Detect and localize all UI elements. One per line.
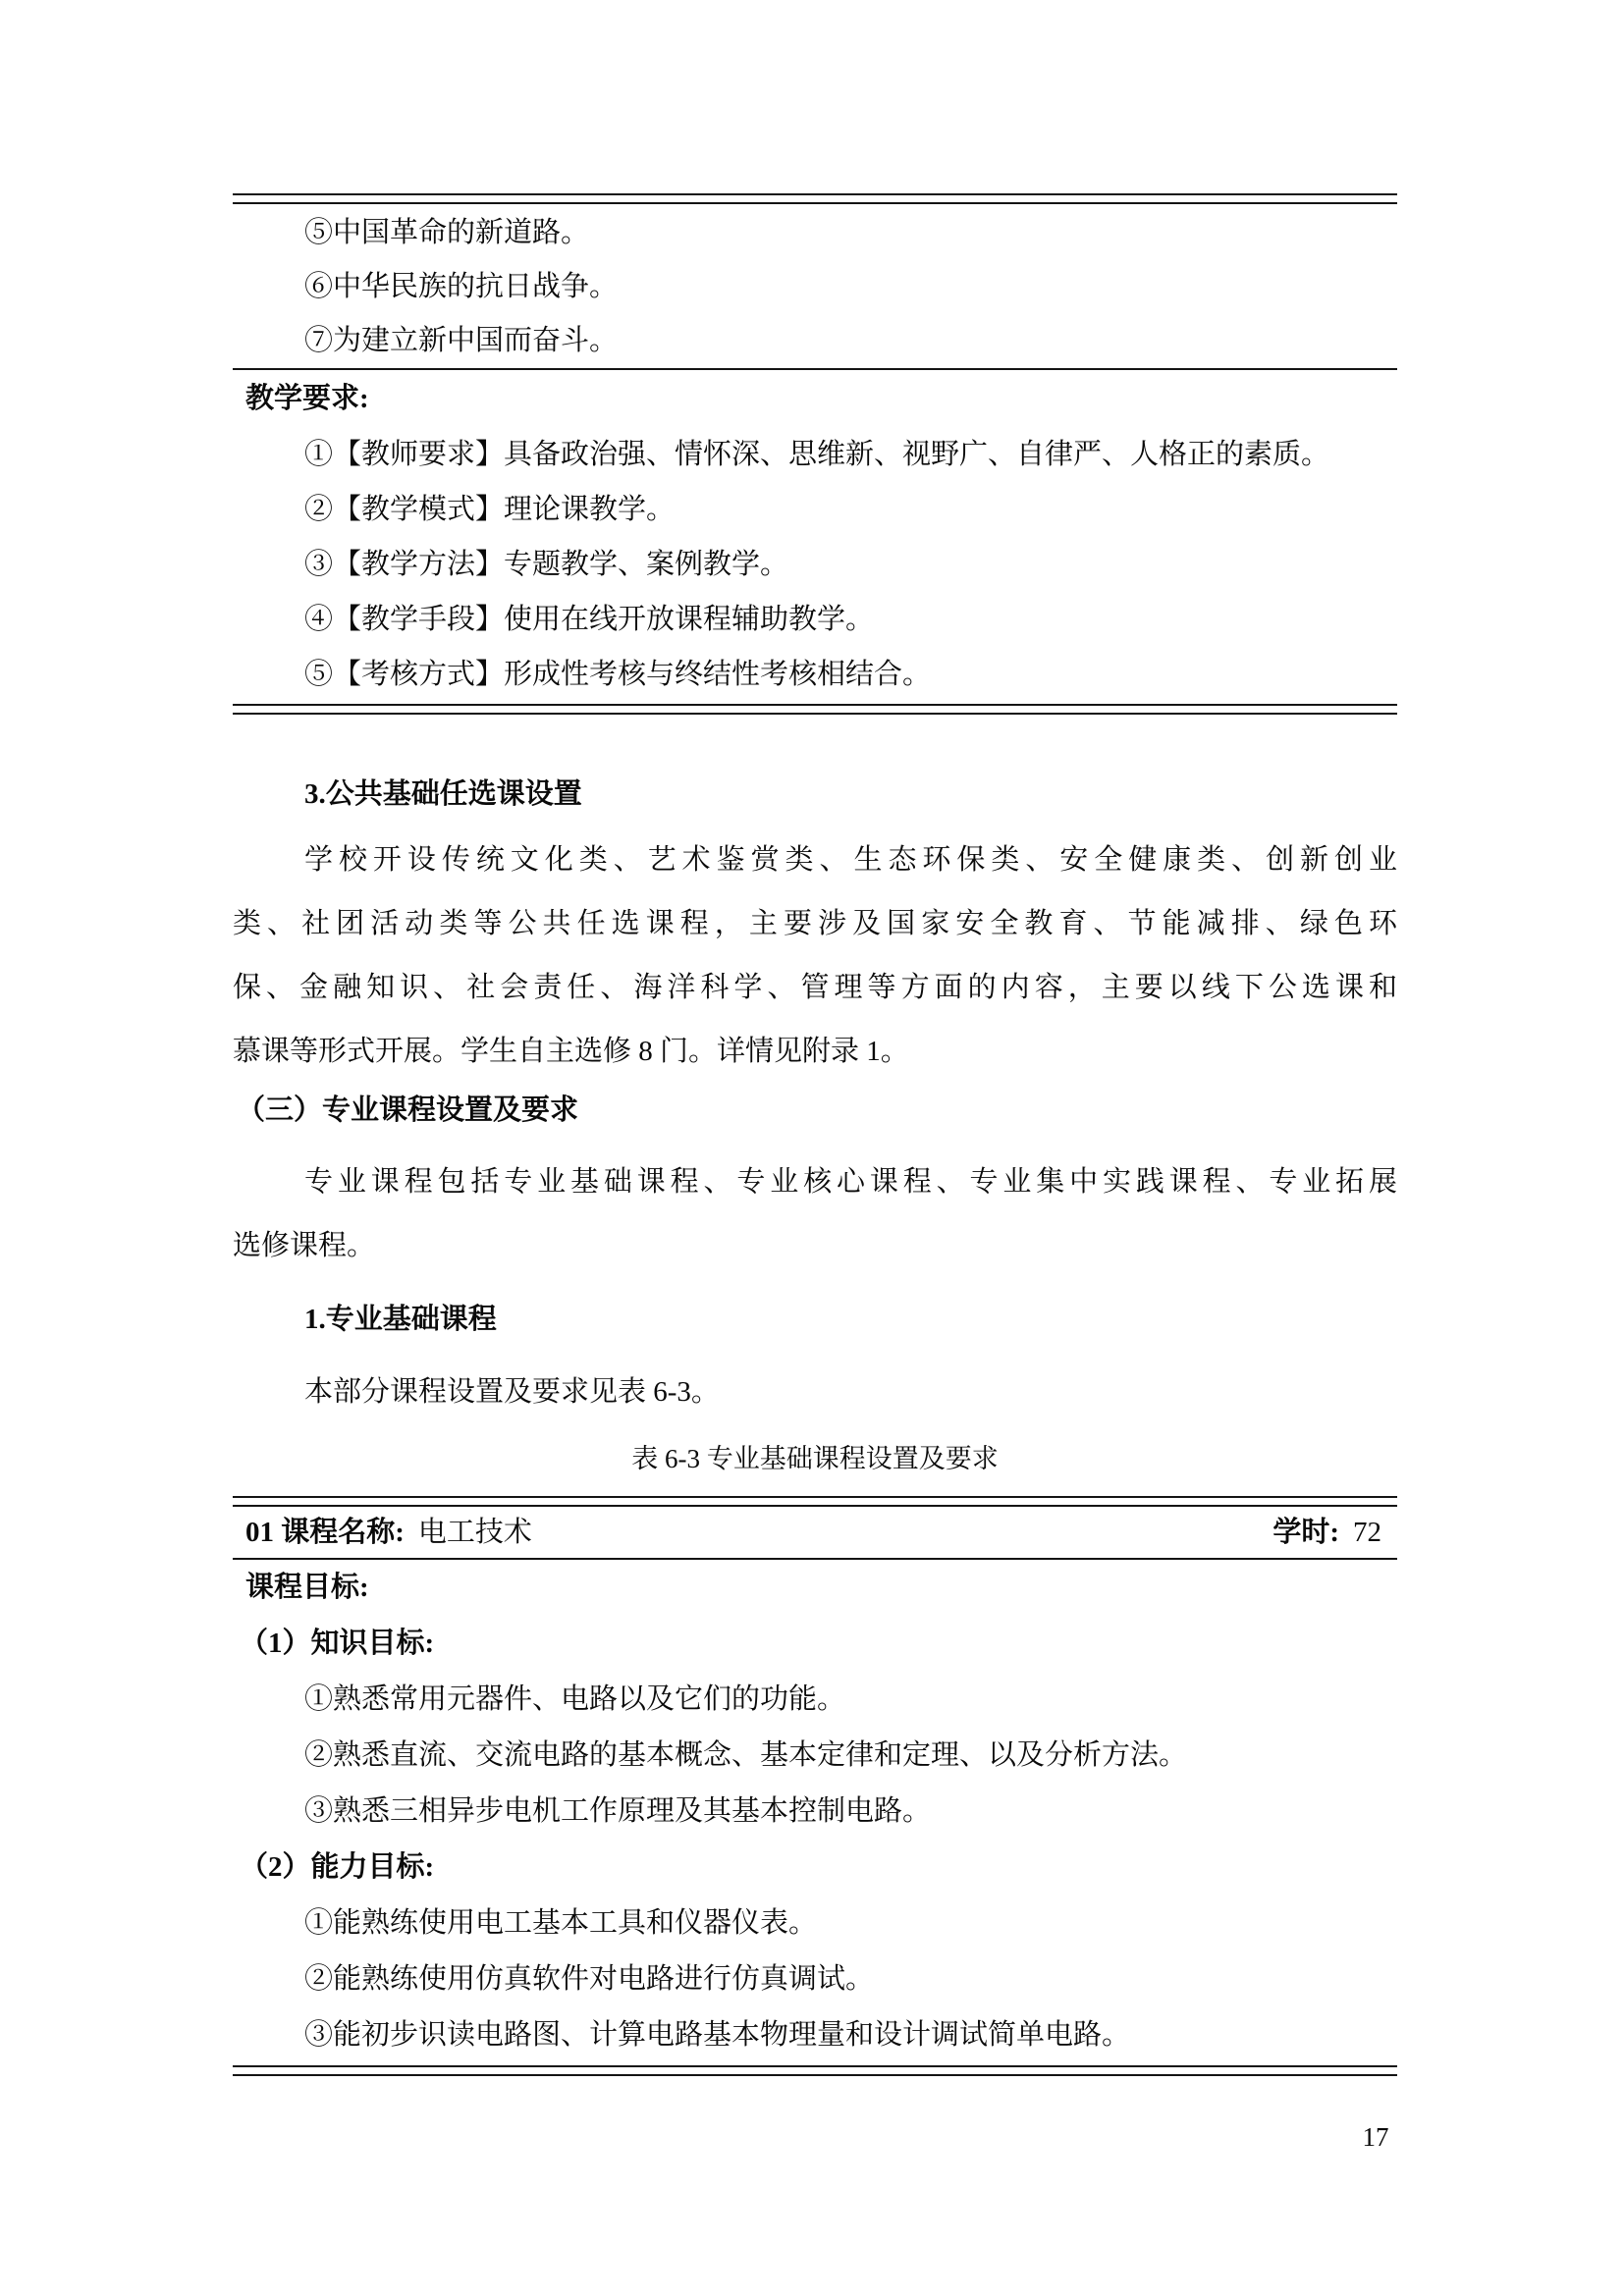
hours-label: 学时: <box>1272 1517 1339 1548</box>
requirement-item: ⑤【考核方式】形成性考核与终结性考核相结合。 <box>233 647 1397 704</box>
table-bottom-border <box>233 2065 1397 2076</box>
course-header-row: 01 课程名称:电工技术 学时:72 <box>233 1507 1397 1558</box>
table-top-border <box>233 1496 1397 1507</box>
teaching-requirements-list: ①【教师要求】具备政治强、情怀深、思维新、视野广、自律严、人格正的素质。 ②【教… <box>233 427 1397 704</box>
objectives-label: 课程目标: <box>233 1560 1397 1616</box>
paragraph-line: 学校开设传统文化类、艺术鉴赏类、生态环保类、安全健康类、创新创业 <box>233 828 1397 892</box>
document-page: ⑤中国革命的新道路。 ⑥中华民族的抗日战争。 ⑦为建立新中国而奋斗。 教学要求:… <box>0 0 1624 2296</box>
knowledge-item: ②熟悉直流、交流电路的基本概念、基本定律和定理、以及分析方法。 <box>233 1728 1397 1784</box>
ability-item: ②能熟练使用仿真软件对电路进行仿真调试。 <box>233 1951 1397 2007</box>
knowledge-objectives-label: （1）知识目标: <box>233 1616 1397 1672</box>
outline-item: ⑦为建立新中国而奋斗。 <box>233 314 1397 368</box>
requirement-item: ④【教学手段】使用在线开放课程辅助教学。 <box>233 592 1397 647</box>
section-paragraph: 专业课程包括专业基础课程、专业核心课程、专业集中实践课程、专业拓展 选修课程。 <box>233 1150 1397 1278</box>
table-6-3: 01 课程名称:电工技术 学时:72 课程目标: （1）知识目标: ①熟悉常用元… <box>233 1496 1397 2076</box>
section-professional-courses: （三）专业课程设置及要求 专业课程包括专业基础课程、专业核心课程、专业集中实践课… <box>233 1088 1397 1278</box>
table-bottom-border <box>233 704 1397 715</box>
section-paragraph: 学校开设传统文化类、艺术鉴赏类、生态环保类、安全健康类、创新创业 类、社团活动类… <box>233 828 1397 1084</box>
section-heading: 3.公共基础任选课设置 <box>233 774 1397 815</box>
course-name-cell: 01 课程名称:电工技术 <box>245 1507 532 1558</box>
section-public-elective-courses: 3.公共基础任选课设置 学校开设传统文化类、艺术鉴赏类、生态环保类、安全健康类、… <box>233 774 1397 1084</box>
outline-item: ⑥中华民族的抗日战争。 <box>233 260 1397 314</box>
ability-objectives-label: （2）能力目标: <box>233 1840 1397 1896</box>
table-caption: 表 6-3 专业基础课程设置及要求 <box>233 1439 1397 1478</box>
table-top-border <box>233 193 1397 204</box>
paragraph-line: 慕课等形式开展。学生自主选修 8 门。详情见附录 1。 <box>233 1020 1397 1084</box>
subsection-basic-courses: 1.专业基础课程 本部分课程设置及要求见表 6-3。 表 6-3 专业基础课程设… <box>233 1298 1397 1478</box>
knowledge-item: ③熟悉三相异步电机工作原理及其基本控制电路。 <box>233 1784 1397 1840</box>
section-heading: （三）专业课程设置及要求 <box>233 1088 1397 1133</box>
course-name-value: 电工技术 <box>418 1517 532 1548</box>
course-hours-cell: 学时:72 <box>1272 1507 1381 1558</box>
course-no-label: 01 课程名称: <box>245 1517 405 1548</box>
page-number: 17 <box>1353 2115 1398 2159</box>
course-objectives-cell: 课程目标: （1）知识目标: ①熟悉常用元器件、电路以及它们的功能。 ②熟悉直流… <box>233 1560 1397 2065</box>
paragraph-line: 保、金融知识、社会责任、海洋科学、管理等方面的内容，主要以线下公选课和 <box>233 956 1397 1020</box>
subsection-heading: 1.专业基础课程 <box>233 1298 1397 1341</box>
chapter-outline-rows: ⑤中国革命的新道路。 ⑥中华民族的抗日战争。 ⑦为建立新中国而奋斗。 <box>233 206 1397 368</box>
outline-item: ⑤中国革命的新道路。 <box>233 206 1397 260</box>
requirement-item: ①【教师要求】具备政治强、情怀深、思维新、视野广、自律严、人格正的素质。 <box>233 427 1397 482</box>
ability-item: ①能熟练使用电工基本工具和仪器仪表。 <box>233 1896 1397 1951</box>
teaching-requirements-label: 教学要求: <box>233 370 1397 427</box>
requirement-item: ②【教学模式】理论课教学。 <box>233 482 1397 537</box>
paragraph-line: 选修课程。 <box>233 1214 1397 1278</box>
knowledge-item: ①熟悉常用元器件、电路以及它们的功能。 <box>233 1672 1397 1728</box>
intro-text: 本部分课程设置及要求见表 6-3。 <box>233 1370 1397 1414</box>
teaching-requirements-table: ⑤中国革命的新道路。 ⑥中华民族的抗日战争。 ⑦为建立新中国而奋斗。 教学要求:… <box>233 193 1397 715</box>
paragraph-line: 类、社团活动类等公共任选课程，主要涉及国家安全教育、节能减排、绿色环 <box>233 892 1397 956</box>
hours-value: 72 <box>1353 1517 1381 1548</box>
requirement-item: ③【教学方法】专题教学、案例教学。 <box>233 537 1397 592</box>
ability-item: ③能初步识读电路图、计算电路基本物理量和设计调试简单电路。 <box>233 2007 1397 2065</box>
paragraph-line: 专业课程包括专业基础课程、专业核心课程、专业集中实践课程、专业拓展 <box>233 1150 1397 1214</box>
